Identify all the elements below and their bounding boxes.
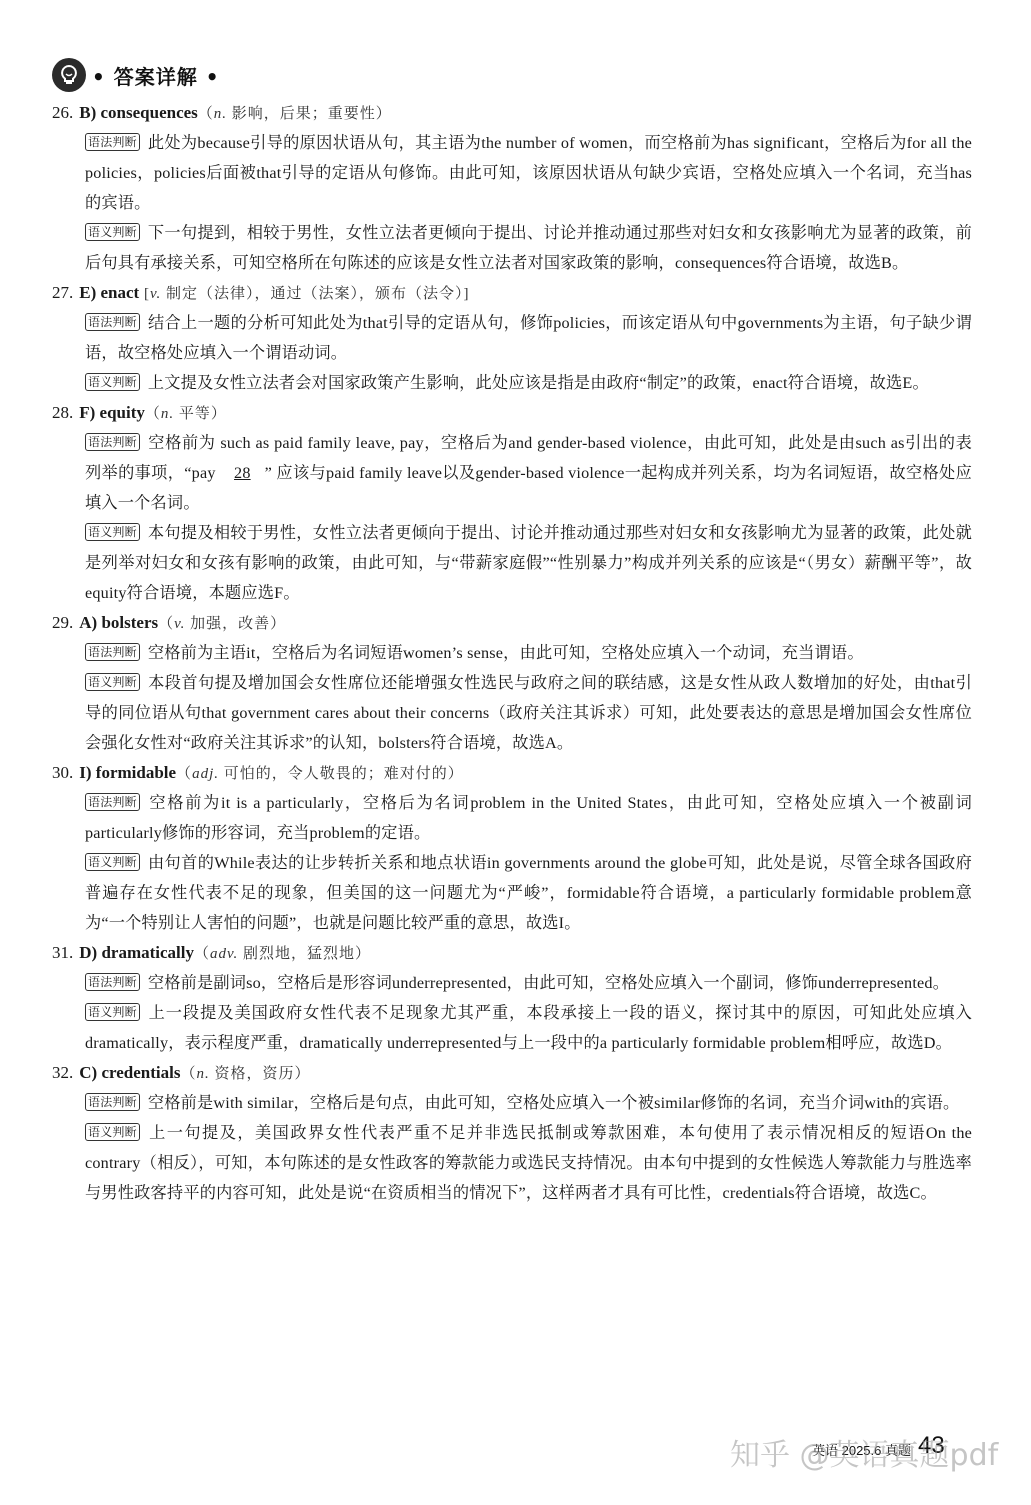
part-of-speech: v. [174,616,185,632]
semantic-analysis: 语义判断上一段提及美国政府女性代表不足现象尤其严重，本段承接上一段的语义，探讨其… [85,998,972,1058]
answer-word: D) dramatically [79,943,194,962]
grammar-analysis: 语法判断空格前为 such as paid family leave, pay，… [85,428,972,518]
semantic-analysis: 语义判断由句首的While表达的让步转折关系和地点状语in government… [85,848,972,938]
part-of-speech: n. [196,1066,209,1082]
answer-item-28: 28.F) equity（n. 平等） 语法判断空格前为 such as pai… [52,398,972,608]
grammar-badge: 语法判断 [85,643,140,661]
semantic-badge: 语义判断 [85,1123,140,1141]
item-heading: 26.B) consequences（n. 影响，后果；重要性） [52,98,972,128]
answer-item-30: 30.I) formidable（adj. 可怕的，令人敬畏的；难对付的） 语法… [52,758,972,938]
item-number: 31. [52,943,73,962]
grammar-analysis: 语法判断结合上一题的分析可知此处为that引导的定语从句，修饰policies，… [85,308,972,368]
section-title: • 答案详解 • [92,61,220,90]
item-number: 28. [52,403,73,422]
answer-item-26: 26.B) consequences（n. 影响，后果；重要性） 语法判断此处为… [52,98,972,278]
analysis-text: 此处为because引导的原因状语从句，其主语为the number of wo… [85,134,972,212]
grammar-badge: 语法判断 [85,973,140,991]
analysis-text: 下一句提到，相较于男性，女性立法者更倾向于提出、讨论并推动通过那些对妇女和女孩影… [85,224,972,272]
definition: 剧烈地，猛烈地） [238,946,371,962]
part-of-speech: v. [150,286,161,302]
grammar-badge: 语法判断 [85,313,140,331]
grammar-analysis: 语法判断空格前是with similar，空格后是句点，由此可知，空格处应填入一… [85,1088,972,1118]
analysis-text: 本句提及相较于男性，女性立法者更倾向于提出、讨论并推动通过那些对妇女和女孩影响尤… [85,524,972,602]
answer-word: I) formidable [79,763,176,782]
answer-word: B) consequences [79,103,198,122]
item-number: 26. [52,103,73,122]
grammar-analysis: 语法判断空格前为主语it，空格后为名词短语women’s sense，由此可知，… [85,638,972,668]
semantic-analysis: 语义判断本段首句提及增加国会女性席位还能增强女性选民与政府之间的联结感，这是女性… [85,668,972,758]
page-footer: 英语 2025.6 真题 43 知乎 @英语真题pdf [730,1430,1010,1470]
analysis-text: 上一段提及美国政府女性代表不足现象尤其严重，本段承接上一段的语义，探讨其中的原因… [85,1004,972,1052]
grammar-analysis: 语法判断空格前为it is a particularly，空格后为名词probl… [85,788,972,848]
answer-word: A) bolsters [79,613,158,632]
semantic-analysis: 语义判断下一句提到，相较于男性，女性立法者更倾向于提出、讨论并推动通过那些对妇女… [85,218,972,278]
semantic-analysis: 语义判断本句提及相较于男性，女性立法者更倾向于提出、讨论并推动通过那些对妇女和女… [85,518,972,608]
semantic-badge: 语义判断 [85,853,140,871]
part-of-speech: adv. [210,946,238,962]
grammar-badge: 语法判断 [85,433,140,451]
analysis-text: 本段首句提及增加国会女性席位还能增强女性选民与政府之间的联结感，这是女性从政人数… [85,674,972,752]
grammar-badge: 语法判断 [85,133,140,151]
semantic-analysis: 语义判断上一句提及，美国政界女性代表严重不足并非选民抵制或筹款困难，本句使用了表… [85,1118,972,1208]
answer-list: 26.B) consequences（n. 影响，后果；重要性） 语法判断此处为… [52,98,972,1208]
semantic-badge: 语义判断 [85,373,140,391]
definition-open: [ [139,286,150,302]
answer-word: E) enact [79,283,139,302]
definition-open: （ [198,106,214,122]
analysis-text: 空格前为主语it，空格后为名词短语women’s sense，由此可知，空格处应… [148,644,864,662]
definition-open: （ [176,766,192,782]
answer-item-29: 29.A) bolsters（v. 加强，改善） 语法判断空格前为主语it，空格… [52,608,972,758]
item-heading: 29.A) bolsters（v. 加强，改善） [52,608,972,638]
definition: 加强，改善） [185,616,286,632]
semantic-badge: 语义判断 [85,223,140,241]
semantic-badge: 语义判断 [85,523,140,541]
lightbulb-icon [52,58,86,92]
item-heading: 27.E) enact [v. 制定（法律），通过（法案），颁布（法令）] [52,278,972,308]
analysis-text: 空格前是副词so，空格后是形容词underrepresented，由此可知，空格… [148,974,949,992]
definition-open: （ [194,946,210,962]
item-number: 29. [52,613,73,632]
blank-number: 28 [220,464,265,482]
semantic-badge: 语义判断 [85,673,140,691]
watermark: 知乎 @英语真题pdf [730,1430,998,1474]
answer-item-32: 32.C) credentials（n. 资格，资历） 语法判断空格前是with… [52,1058,972,1208]
definition-open: （ [158,616,174,632]
answer-item-27: 27.E) enact [v. 制定（法律），通过（法案），颁布（法令）] 语法… [52,278,972,398]
item-number: 27. [52,283,73,302]
definition: 平等） [174,406,227,422]
definition: 可怕的，令人敬畏的；难对付的） [219,766,464,782]
item-heading: 28.F) equity（n. 平等） [52,398,972,428]
semantic-analysis: 语义判断上文提及女性立法者会对国家政策产生影响，此处应该是指是由政府“制定”的政… [85,368,972,398]
definition: 影响，后果；重要性） [227,106,392,122]
item-heading: 30.I) formidable（adj. 可怕的，令人敬畏的；难对付的） [52,758,972,788]
item-heading: 31.D) dramatically（adv. 剧烈地，猛烈地） [52,938,972,968]
analysis-text: 空格前是with similar，空格后是句点，由此可知，空格处应填入一个被si… [148,1094,960,1112]
grammar-analysis: 语法判断空格前是副词so，空格后是形容词underrepresented，由此可… [85,968,972,998]
answer-word: C) credentials [79,1063,180,1082]
grammar-analysis: 语法判断此处为because引导的原因状语从句，其主语为the number o… [85,128,972,218]
grammar-badge: 语法判断 [85,793,140,811]
grammar-badge: 语法判断 [85,1093,140,1111]
item-number: 30. [52,763,73,782]
part-of-speech: n. [161,406,174,422]
answer-item-31: 31.D) dramatically（adv. 剧烈地，猛烈地） 语法判断空格前… [52,938,972,1058]
part-of-speech: n. [214,106,227,122]
analysis-text: 上文提及女性立法者会对国家政策产生影响，此处应该是指是由政府“制定”的政策，en… [148,374,929,392]
analysis-text: 空格前为it is a particularly，空格后为名词problem i… [85,794,972,842]
definition-open: （ [180,1066,196,1082]
definition: 资格，资历） [210,1066,311,1082]
definition: 制定（法律），通过（法案），颁布（法令）] [161,286,469,302]
part-of-speech: adj. [192,766,219,782]
analysis-text: 结合上一题的分析可知此处为that引导的定语从句，修饰policies，而该定语… [85,314,972,362]
item-heading: 32.C) credentials（n. 资格，资历） [52,1058,972,1088]
answer-word: F) equity [79,403,145,422]
item-number: 32. [52,1063,73,1082]
section-header: • 答案详解 • [52,58,220,92]
analysis-text: 上一句提及，美国政界女性代表严重不足并非选民抵制或筹款困难，本句使用了表示情况相… [85,1124,972,1202]
analysis-text: 由句首的While表达的让步转折关系和地点状语in governments ar… [85,854,972,932]
semantic-badge: 语义判断 [85,1003,140,1021]
definition-open: （ [145,406,161,422]
